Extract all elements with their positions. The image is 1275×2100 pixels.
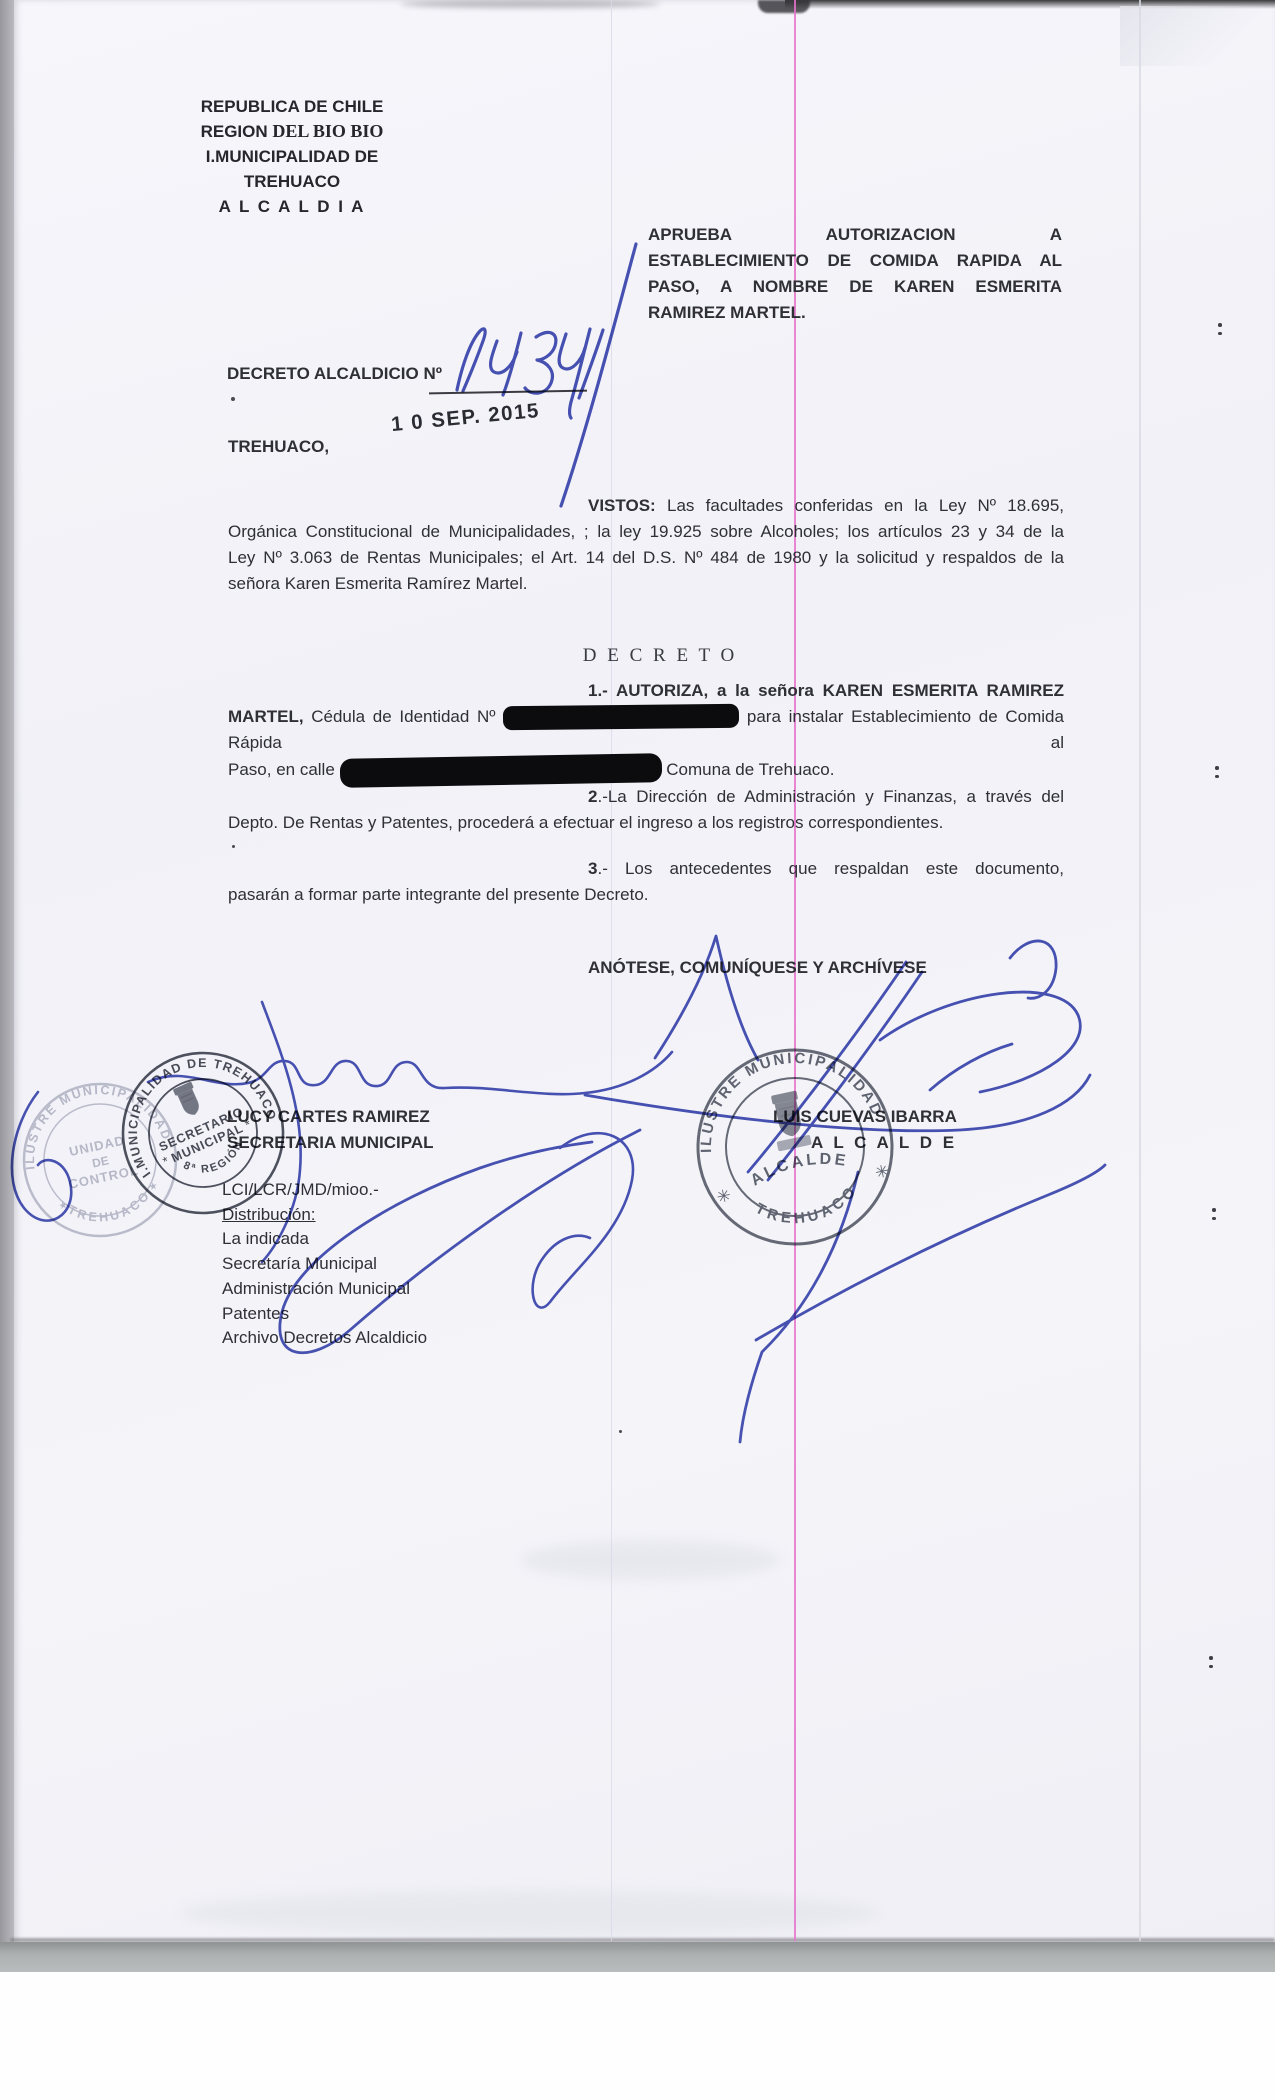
mayor-signature-ink	[280, 936, 1105, 1442]
handwritten-decree-number	[457, 244, 636, 506]
secretary-signature-ink	[12, 1002, 672, 1308]
scanned-decree-page: REPUBLICA DE CHILE REGION DEL BIO BIO I.…	[0, 0, 1275, 2100]
ink-signatures-overlay	[0, 0, 1275, 2100]
